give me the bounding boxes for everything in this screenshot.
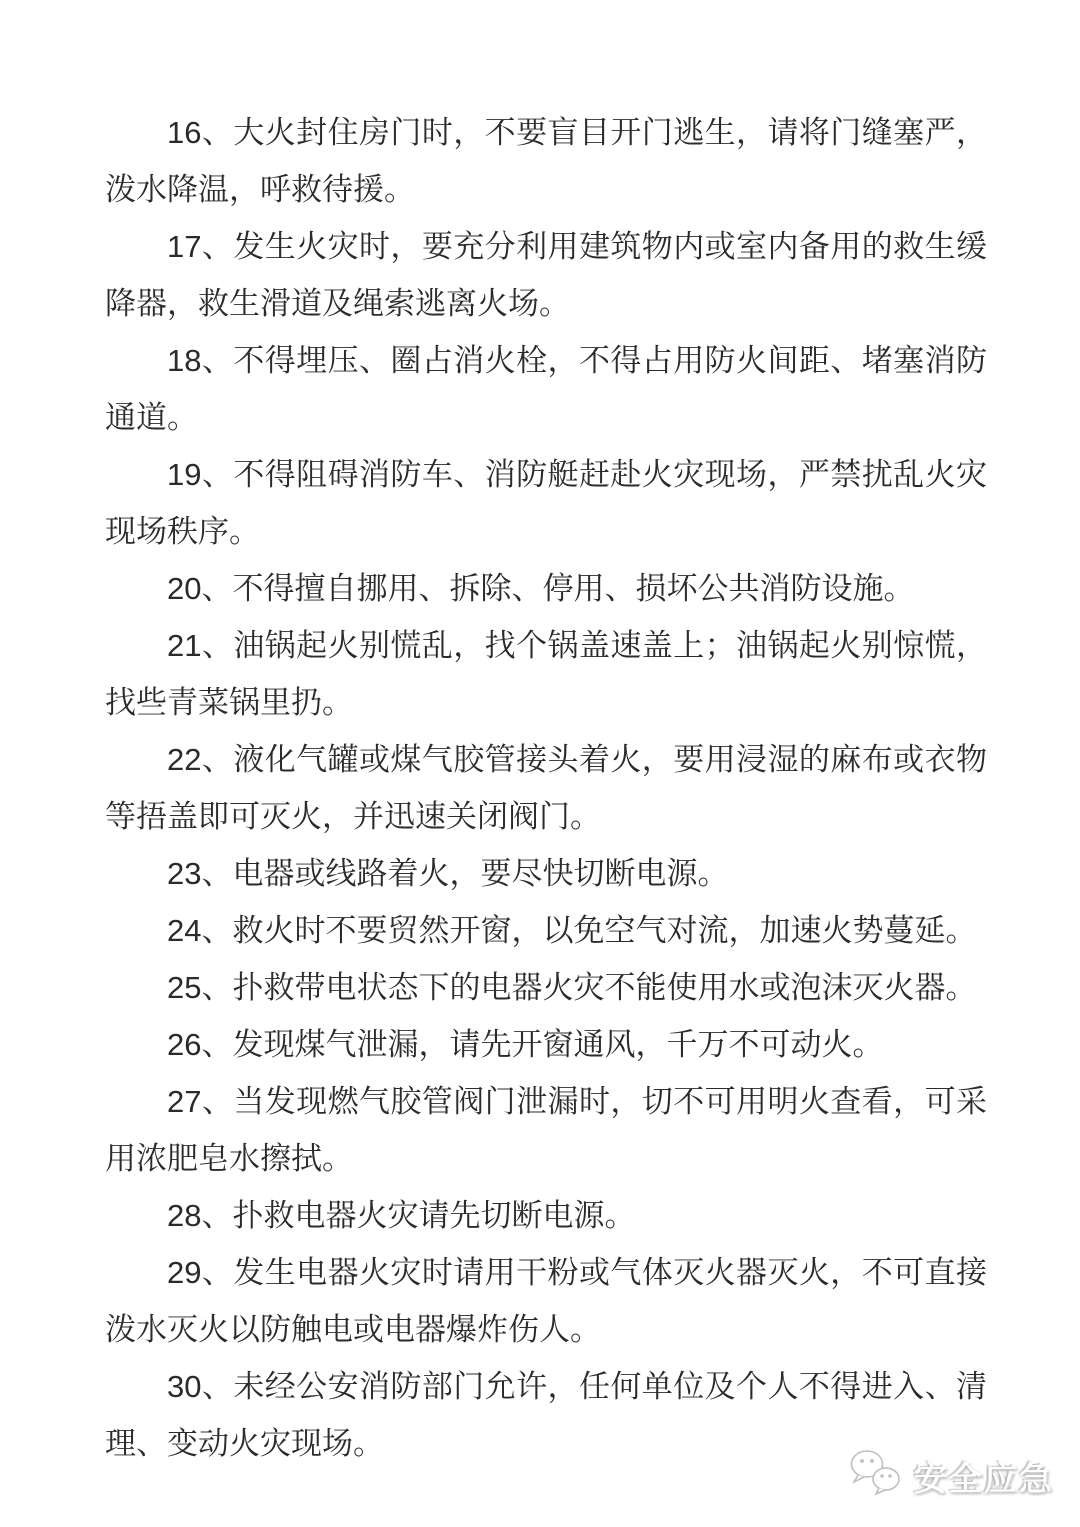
list-item: 24、救火时不要贸然开窗，以免空气对流，加速火势蔓延。 [105,902,987,959]
list-item: 21、油锅起火别慌乱，找个锅盖速盖上；油锅起火别惊慌，找些青菜锅里扔。 [105,617,987,731]
document-body: 16、大火封住房门时，不要盲目开门逃生，请将门缝塞严，泼水降温，呼救待援。17、… [105,104,987,1472]
list-item: 20、不得擅自挪用、拆除、停用、损坏公共消防设施。 [105,560,987,617]
list-item: 16、大火封住房门时，不要盲目开门逃生，请将门缝塞严，泼水降温，呼救待援。 [105,104,987,218]
list-item: 22、液化气罐或煤气胶管接头着火，要用浸湿的麻布或衣物等捂盖即可灭火，并迅速关闭… [105,731,987,845]
list-item: 29、发生电器火灾时请用干粉或气体灭火器灭火，不可直接泼水灭火以防触电或电器爆炸… [105,1244,987,1358]
watermark-label: 安全应急 [914,1453,1054,1500]
list-item: 18、不得埋压、圈占消火栓，不得占用防火间距、堵塞消防通道。 [105,332,987,446]
list-item: 19、不得阻碍消防车、消防艇赶赴火灾现场，严禁扰乱火灾现场秩序。 [105,446,987,560]
wechat-chat-bubbles-icon [846,1448,908,1505]
list-item: 28、扑救电器火灾请先切断电源。 [105,1187,987,1244]
list-item: 25、扑救带电状态下的电器火灾不能使用水或泡沫灭火器。 [105,959,987,1016]
list-item: 27、当发现燃气胶管阀门泄漏时，切不可用明火查看，可采用浓肥皂水擦拭。 [105,1073,987,1187]
list-item: 17、发生火灾时，要充分利用建筑物内或室内备用的救生缓降器，救生滑道及绳索逃离火… [105,218,987,332]
list-item: 26、发现煤气泄漏，请先开窗通风，千万不可动火。 [105,1016,987,1073]
watermark: 安全应急 [846,1448,1054,1505]
list-item: 23、电器或线路着火，要尽快切断电源。 [105,845,987,902]
safety-tips-list: 16、大火封住房门时，不要盲目开门逃生，请将门缝塞严，泼水降温，呼救待援。17、… [105,104,987,1472]
page: 16、大火封住房门时，不要盲目开门逃生，请将门缝塞严，泼水降温，呼救待援。17、… [0,0,1080,1527]
